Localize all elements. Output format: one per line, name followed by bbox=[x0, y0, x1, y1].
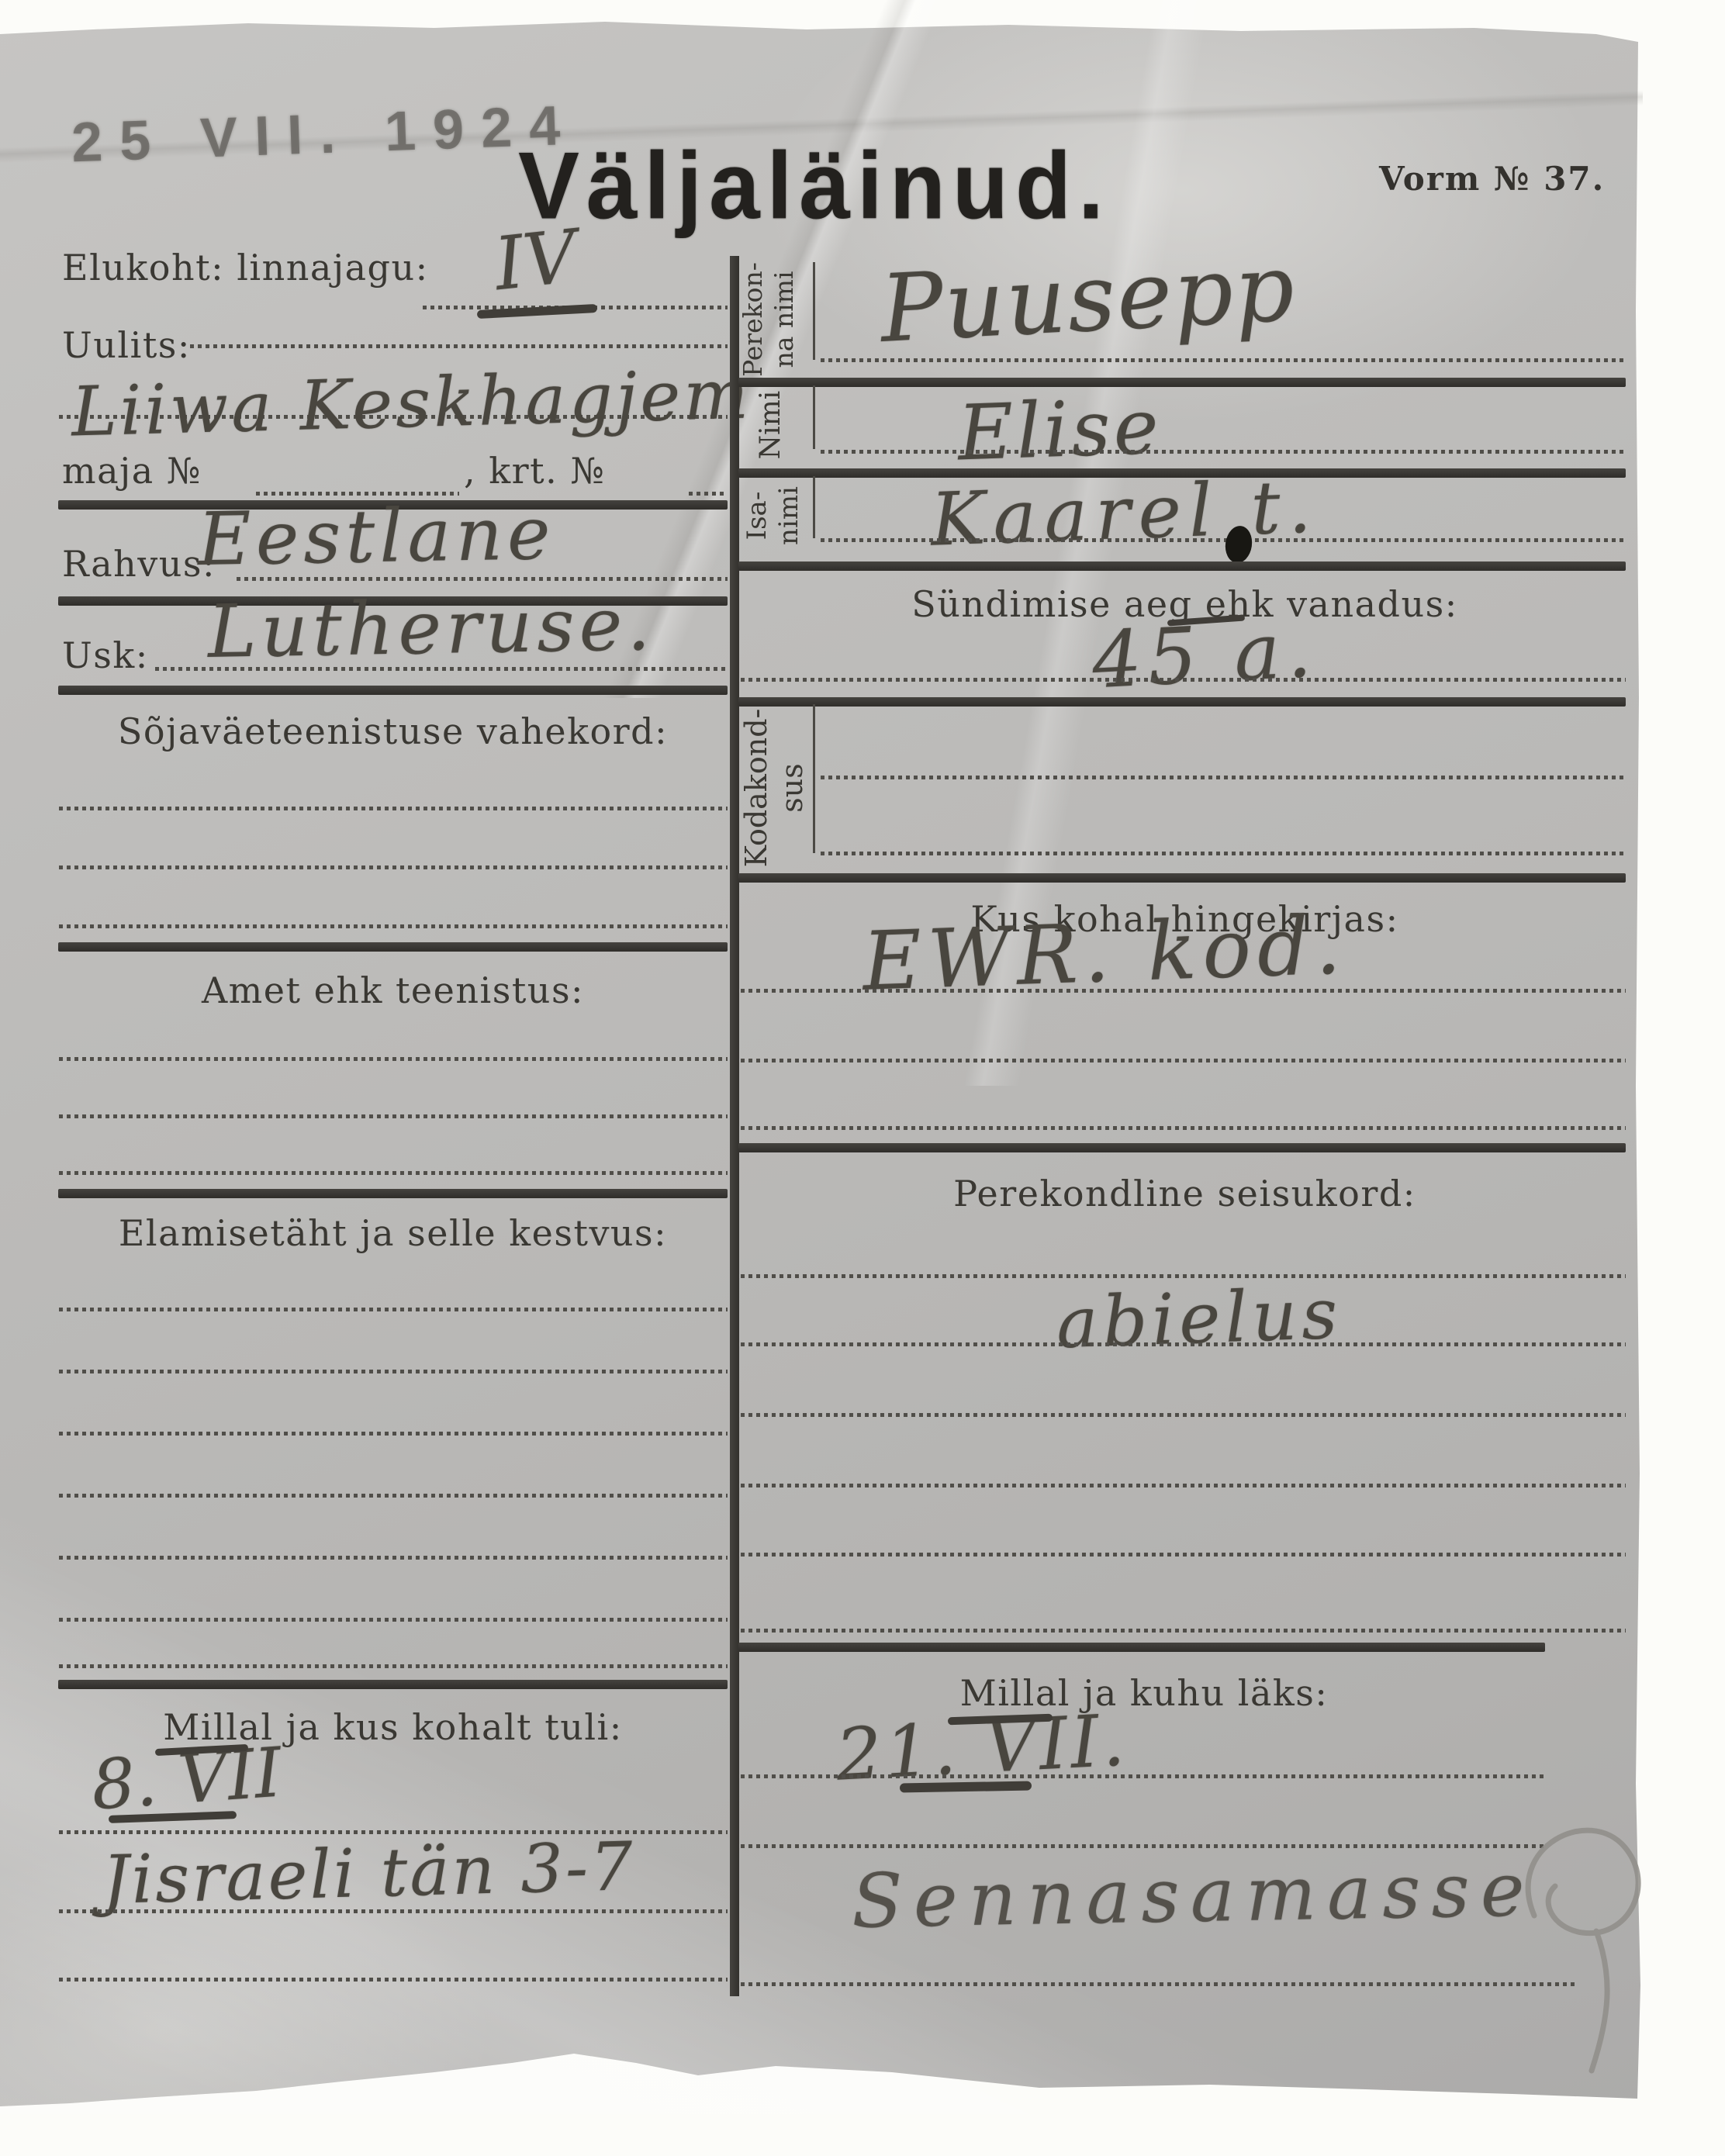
dotted-writing-line bbox=[59, 1171, 728, 1175]
handwritten-tuli-date: 8. VII bbox=[89, 1733, 285, 1826]
section-divider bbox=[738, 697, 1626, 707]
section-divider bbox=[738, 1143, 1626, 1152]
dotted-writing-line bbox=[59, 1909, 728, 1913]
section-divider bbox=[738, 873, 1626, 883]
label-cell-rule bbox=[813, 476, 815, 538]
handwritten-elukoht-value: IV bbox=[491, 215, 581, 307]
field-label-line: na nimi bbox=[769, 271, 799, 368]
dotted-writing-line bbox=[237, 577, 728, 581]
handwritten-isanimi-value: Kaarel t. bbox=[929, 465, 1320, 562]
dotted-writing-line bbox=[741, 1413, 1626, 1417]
dotted-writing-line bbox=[59, 807, 728, 810]
section-header-millal-laks: Millal ja kuhu läks: bbox=[741, 1672, 1547, 1714]
form-number: Vorm № 37. bbox=[1379, 160, 1605, 198]
dotted-writing-line bbox=[741, 1342, 1626, 1346]
field-label-line: Isa- bbox=[742, 492, 773, 541]
dotted-writing-line bbox=[821, 538, 1626, 542]
label-cell-rule bbox=[813, 385, 815, 449]
dotted-writing-line bbox=[741, 1059, 1626, 1062]
dotted-writing-line bbox=[741, 1126, 1626, 1130]
field-label-line: sus bbox=[775, 763, 809, 812]
section-divider bbox=[738, 561, 1626, 571]
dotted-writing-line bbox=[59, 1057, 728, 1061]
field-label-line: Perekon- bbox=[738, 262, 768, 377]
dotted-writing-line bbox=[821, 776, 1626, 779]
scanned-registration-card: 25 VII. 1924 Väljaläinud. Vorm № 37. Elu… bbox=[0, 0, 1725, 2156]
handwritten-laks-place: Sennasamasse bbox=[851, 1846, 1536, 1944]
pencil-flourish bbox=[1466, 1799, 1699, 2078]
dotted-writing-line bbox=[821, 358, 1626, 362]
section-header-amet: Amet ehk teenistus: bbox=[58, 969, 728, 1011]
dotted-writing-line bbox=[59, 1370, 728, 1373]
field-label-kodakondsus: Kodakond- sus bbox=[738, 701, 813, 875]
dotted-writing-line bbox=[59, 1556, 728, 1560]
section-header-perekondline: Perekondline seisukord: bbox=[741, 1173, 1629, 1214]
label-cell-rule bbox=[813, 704, 815, 853]
dotted-writing-line bbox=[741, 1629, 1626, 1633]
dotted-writing-line bbox=[59, 1978, 728, 1982]
form-title: Väljaläinud. bbox=[481, 131, 1148, 240]
handwritten-perekondline-value: abielus bbox=[1055, 1273, 1343, 1365]
field-label-isanimi: Isa- nimi bbox=[742, 470, 811, 561]
section-divider bbox=[738, 378, 1626, 387]
dotted-writing-line bbox=[741, 1274, 1626, 1278]
section-divider bbox=[58, 1680, 728, 1689]
field-label-uulits: Uulits: bbox=[62, 324, 191, 366]
handwritten-perekonnanimi-value: Puusepp bbox=[878, 234, 1298, 364]
dotted-writing-line bbox=[741, 1553, 1626, 1557]
dotted-writing-line bbox=[741, 1484, 1626, 1487]
dotted-writing-line bbox=[741, 989, 1626, 993]
section-divider bbox=[58, 686, 728, 695]
field-label-perekonnanimi: Perekon- na nimi bbox=[738, 253, 815, 386]
dotted-writing-line bbox=[821, 450, 1626, 454]
dotted-writing-line bbox=[741, 1774, 1545, 1778]
dotted-writing-line bbox=[741, 1982, 1578, 1986]
handwritten-tuli-place: Jisraeli tän 3-7 bbox=[102, 1828, 636, 1919]
field-label-usk: Usk: bbox=[62, 634, 149, 676]
dotted-writing-line bbox=[59, 1432, 728, 1436]
label-cell-rule bbox=[813, 262, 815, 360]
field-label-rahvus: Rahvus: bbox=[62, 543, 216, 585]
field-label-krt: , krt. № bbox=[464, 450, 605, 492]
handwritten-rahvus-value: Eestlane bbox=[197, 492, 555, 582]
section-header-elamisetaht: Elamisetäht ja selle kestvus: bbox=[58, 1212, 728, 1254]
section-divider bbox=[58, 1189, 728, 1198]
field-label-line: nimi bbox=[773, 486, 804, 545]
field-label-line: Nimi bbox=[755, 391, 786, 460]
field-label-elukoht: Elukoht: linnajagu: bbox=[62, 247, 429, 289]
dotted-writing-line bbox=[59, 1308, 728, 1311]
dotted-writing-line bbox=[821, 852, 1626, 855]
field-label-nimi: Nimi bbox=[754, 382, 797, 468]
dotted-writing-line bbox=[59, 866, 728, 869]
column-divider bbox=[730, 256, 739, 1996]
section-header-sojavaeteenistus: Sõjaväeteenistuse vahekord: bbox=[58, 710, 728, 752]
dotted-writing-line bbox=[689, 492, 728, 496]
dotted-writing-line bbox=[59, 924, 728, 928]
dotted-writing-line bbox=[59, 1114, 728, 1118]
section-divider bbox=[58, 942, 728, 952]
section-divider bbox=[738, 1643, 1545, 1652]
dotted-writing-line bbox=[741, 678, 1626, 682]
handwritten-nimi-value: Elise bbox=[956, 382, 1163, 478]
dotted-writing-line bbox=[190, 344, 728, 348]
dotted-writing-line bbox=[155, 667, 728, 671]
dotted-writing-line bbox=[59, 1618, 728, 1622]
handwritten-usk-value: Lutheruse. bbox=[207, 582, 655, 675]
field-label-line: Kodakond- bbox=[739, 709, 773, 868]
dotted-writing-line bbox=[59, 1664, 728, 1668]
dotted-writing-line bbox=[59, 1494, 728, 1498]
field-label-maja: maja № bbox=[62, 450, 202, 492]
